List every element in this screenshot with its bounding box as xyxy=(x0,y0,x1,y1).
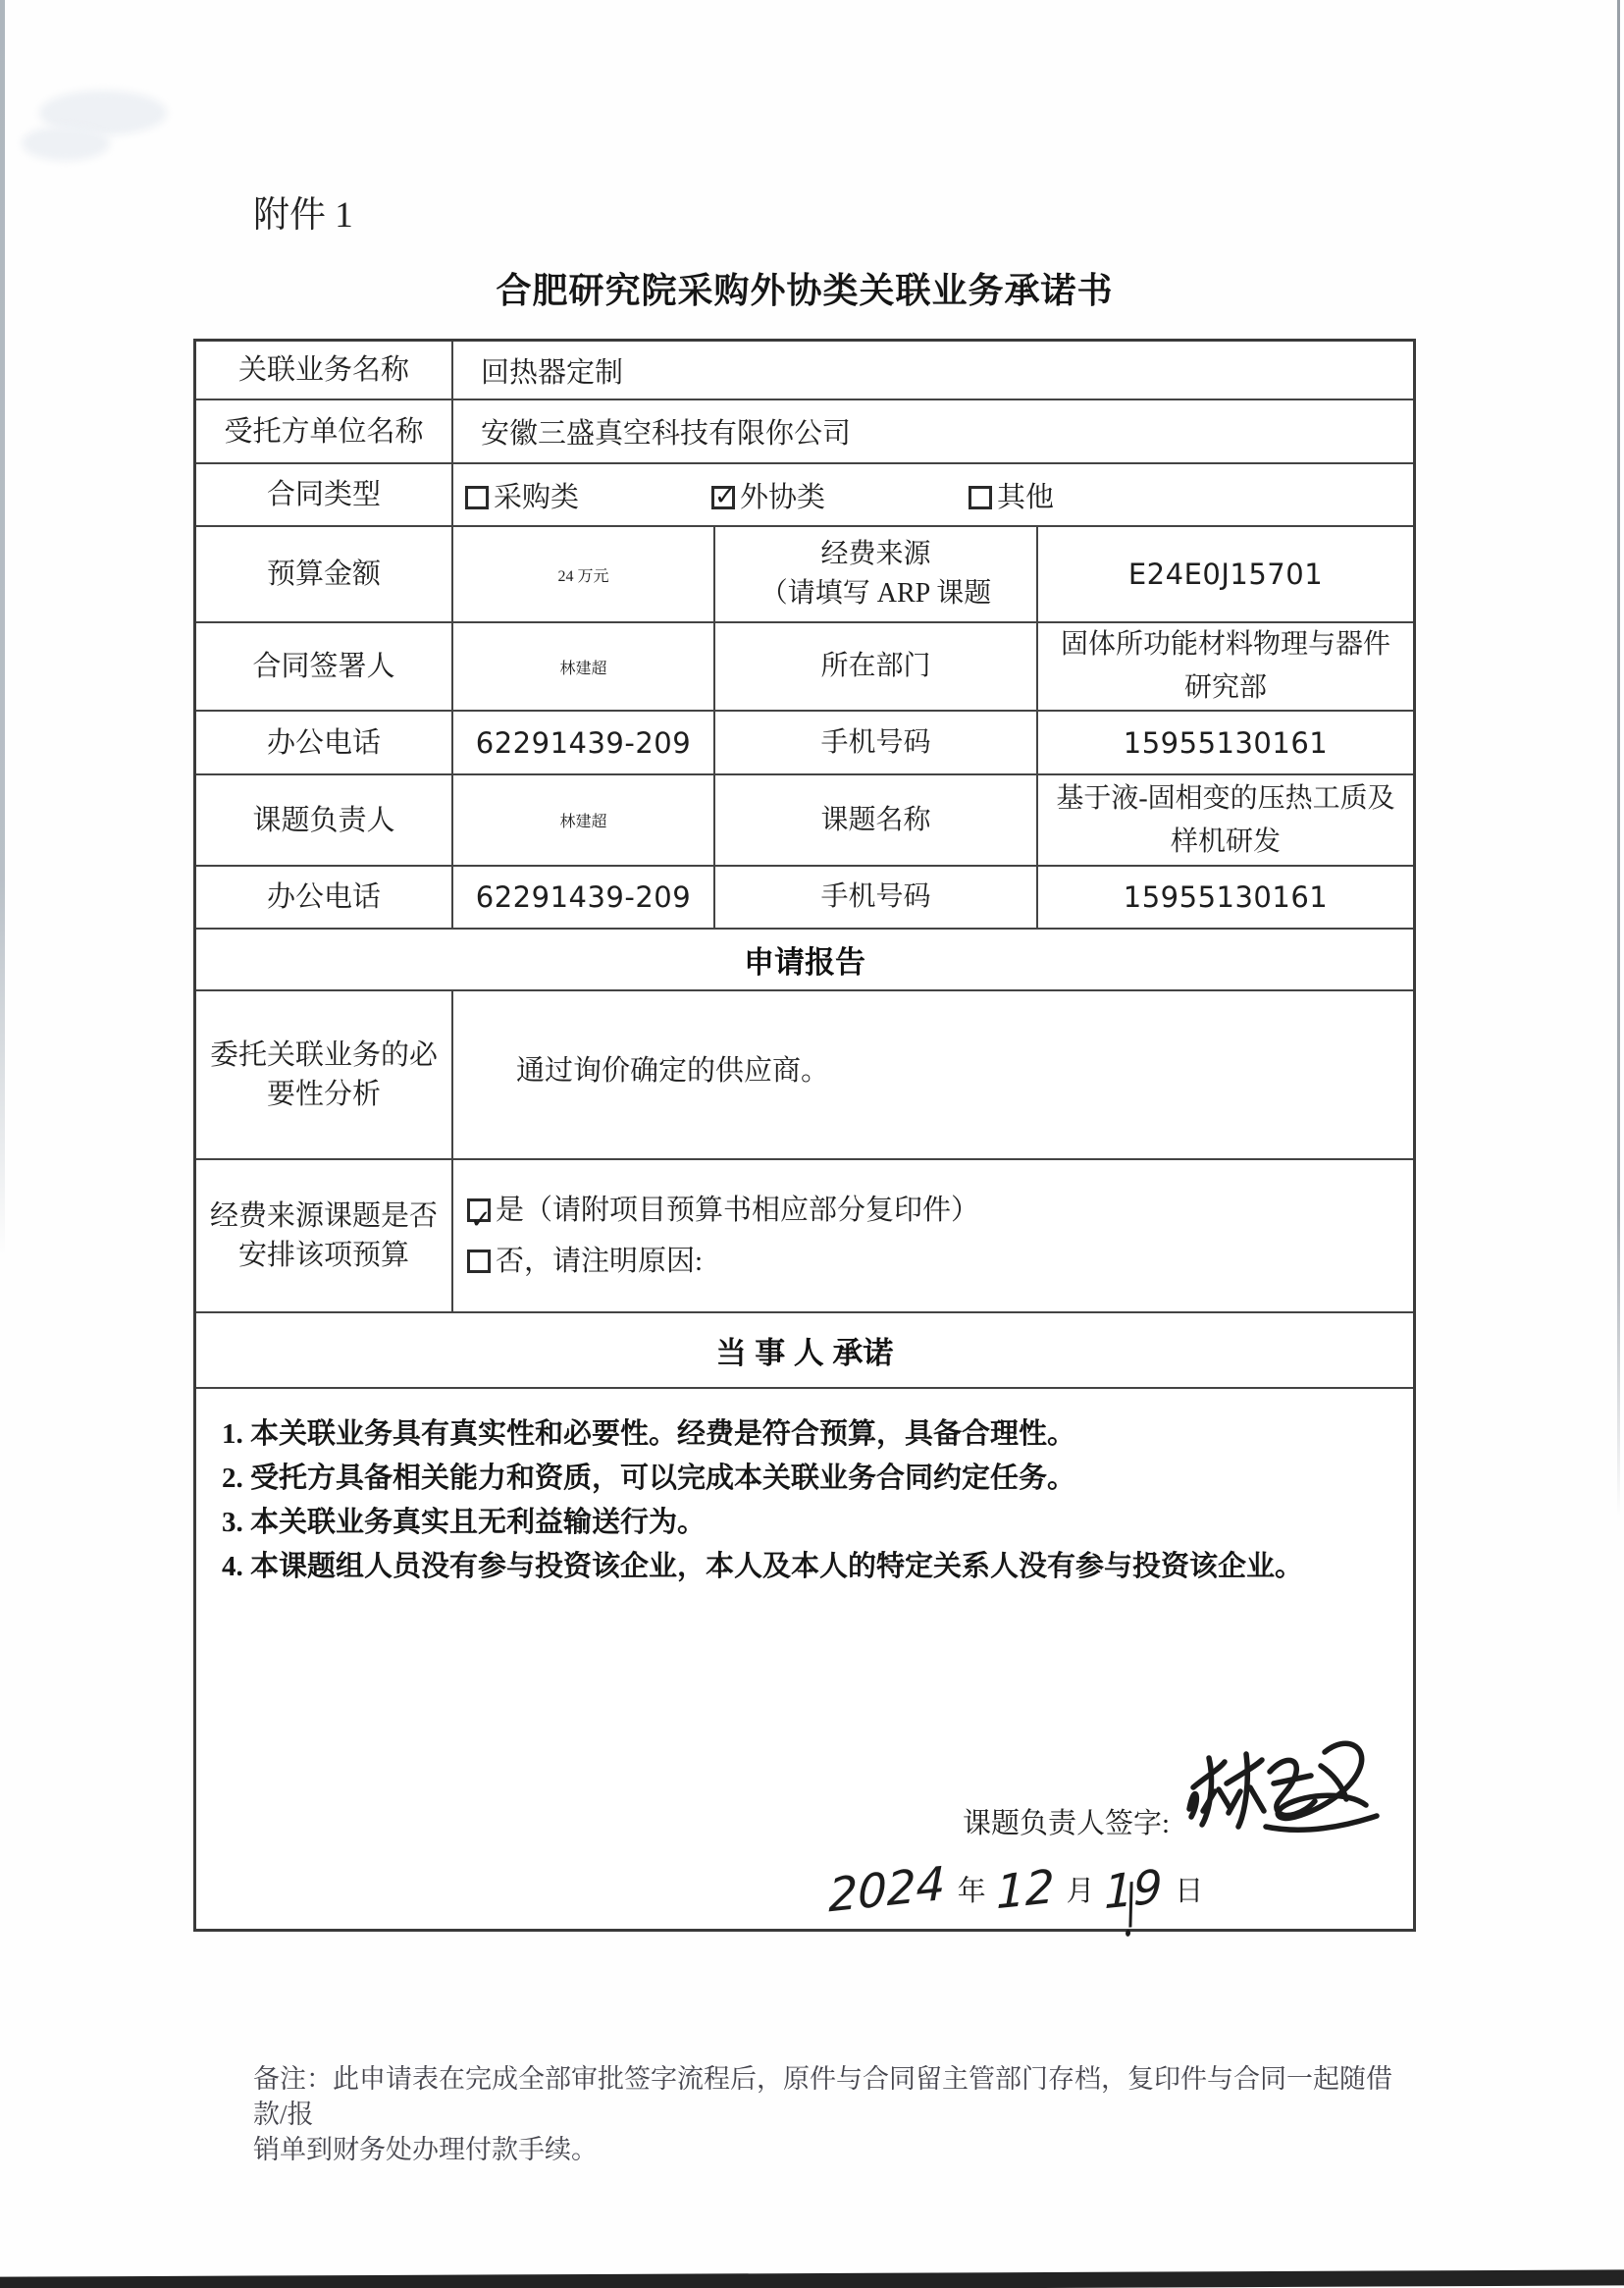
row-necessity: 委托关联业务的必 要性分析 通过询价确定的供应商。 xyxy=(196,989,1413,1158)
ink-dot xyxy=(1126,1930,1131,1938)
signature-scribble xyxy=(1176,1715,1387,1852)
option-other-label: 其他 xyxy=(997,482,1054,513)
option-purchase: 采购类 xyxy=(465,475,579,515)
budget-arranged-label: 经费来源课题是否 安排该项预算 xyxy=(196,1160,451,1311)
project-name-value: 基于液-固相变的压热工质及样机研发 xyxy=(1036,775,1413,865)
signer-value: 林建超 xyxy=(451,623,713,710)
trustee-value: 安徽三盛真空科技有限你公司 xyxy=(451,400,1413,462)
checkbox-unchecked-icon xyxy=(465,486,489,509)
necessity-label: 委托关联业务的必 要性分析 xyxy=(196,991,451,1158)
promise-item: 3. 本关联业务真实且无利益输送行为。 xyxy=(222,1501,1374,1545)
trustee-label: 受托方单位名称 xyxy=(196,400,451,462)
promise-item: 4. 本课题组人员没有参与投资该企业，本人及本人的特定关系人没有参与投资该企业。 xyxy=(222,1545,1374,1589)
page-title: 合肥研究院采购外协类关联业务承诺书 xyxy=(193,263,1416,313)
option-purchase-label: 采购类 xyxy=(494,482,579,513)
option-other: 其他 xyxy=(969,475,1054,515)
promise-item: 2. 受托方具备相关能力和资质，可以完成本关联业务合同约定任务。 xyxy=(222,1457,1374,1501)
row-budget: 预算金额 24 万元 经费来源 （请填写 ARP 课题 E24E0J15701 xyxy=(196,525,1413,621)
contract-type-label: 合同类型 xyxy=(196,464,451,525)
mobile-value: 15955130161 xyxy=(1036,712,1413,773)
promise-header: 当 事 人 承诺 xyxy=(196,1313,1413,1387)
contract-type-options: 采购类 ✓外协类 其他 xyxy=(451,464,1054,525)
handwritten-month: 12 xyxy=(996,1863,1054,1919)
scan-bottom-edge-artifact xyxy=(0,2269,1624,2288)
month-unit: 月 xyxy=(1066,1869,1094,1909)
row-office-phone-2: 办公电话 62291439-209 手机号码 15955130161 xyxy=(196,865,1413,928)
scan-right-edge-artifact xyxy=(1617,0,1620,1516)
office-phone-value: 62291439-209 xyxy=(451,712,713,773)
signature-label: 课题负责人签字: xyxy=(963,1801,1170,1841)
day-unit: 日 xyxy=(1175,1869,1203,1909)
project-name-label: 课题名称 xyxy=(713,775,1036,865)
budget-arranged-options: ✓是（请附项目预算书相应部分复印件） 否，请注明原因: xyxy=(451,1160,1413,1311)
budget-arranged-no: 否，请注明原因: xyxy=(467,1236,703,1287)
handwritten-year: 2024 xyxy=(828,1860,945,1922)
option-outsourcing: ✓外协类 xyxy=(711,475,825,515)
row-pi: 课题负责人 林建超 课题名称 基于液-固相变的压热工质及样机研发 xyxy=(196,773,1413,865)
business-name-value: 回热器定制 xyxy=(451,342,1413,399)
form-table: 关联业务名称 回热器定制 受托方单位名称 安徽三盛真空科技有限你公司 合同类型 … xyxy=(193,339,1416,1932)
office-phone-label: 办公电话 xyxy=(196,712,451,773)
promise-list: 1. 本关联业务具有真实性和必要性。经费是符合预算，具备合理性。 2. 受托方具… xyxy=(196,1389,1413,1589)
funding-source-code: E24E0J15701 xyxy=(1036,527,1413,621)
row-business-name: 关联业务名称 回热器定制 xyxy=(196,342,1413,399)
option-outsourcing-label: 外协类 xyxy=(740,482,825,513)
year-unit: 年 xyxy=(958,1869,986,1909)
handwritten-date: 2024 年 12 月 19 日 xyxy=(828,1866,1213,1915)
row-application-report-header: 申请报告 xyxy=(196,928,1413,989)
budget-label: 预算金额 xyxy=(196,527,451,621)
department-label: 所在部门 xyxy=(713,623,1036,710)
promise-item: 1. 本关联业务具有真实性和必要性。经费是符合预算，具备合理性。 xyxy=(222,1412,1374,1457)
footer-note: 备注：此申请表在完成全部审批签字流程后，原件与合同留主管部门存档，复印件与合同一… xyxy=(253,2061,1416,2167)
checkbox-unchecked-icon xyxy=(467,1250,491,1273)
checkbox-checked-icon: ✓ xyxy=(467,1198,491,1222)
application-report-header: 申请报告 xyxy=(196,930,1413,989)
attachment-label: 附件 1 xyxy=(253,185,353,238)
pi-label: 课题负责人 xyxy=(196,775,451,865)
mobile-value: 15955130161 xyxy=(1036,867,1413,928)
scanned-form-page: 附件 1 合肥研究院采购外协类关联业务承诺书 关联业务名称 回热器定制 受托方单… xyxy=(0,0,1624,2288)
row-signer: 合同签署人 林建超 所在部门 固体所功能材料物理与器件研究部 xyxy=(196,621,1413,710)
mobile-label: 手机号码 xyxy=(713,867,1036,928)
mobile-label: 手机号码 xyxy=(713,712,1036,773)
checkbox-checked-icon: ✓ xyxy=(711,486,735,509)
office-phone-label: 办公电话 xyxy=(196,867,451,928)
business-name-label: 关联业务名称 xyxy=(196,342,451,399)
row-promise-header: 当 事 人 承诺 xyxy=(196,1311,1413,1387)
scan-smudge xyxy=(22,126,110,161)
department-value: 固体所功能材料物理与器件研究部 xyxy=(1036,623,1413,710)
handwritten-day: 19 xyxy=(1105,1863,1163,1919)
budget-arranged-yes: ✓是（请附项目预算书相应部分复印件） xyxy=(467,1185,979,1236)
row-budget-arranged: 经费来源课题是否 安排该项预算 ✓是（请附项目预算书相应部分复印件） 否，请注明… xyxy=(196,1158,1413,1311)
pi-value: 林建超 xyxy=(451,775,713,865)
budget-value: 24 万元 xyxy=(451,527,713,621)
row-office-phone-1: 办公电话 62291439-209 手机号码 15955130161 xyxy=(196,710,1413,773)
necessity-value: 通过询价确定的供应商。 xyxy=(451,991,1413,1158)
funding-source-label: 经费来源 （请填写 ARP 课题 xyxy=(713,527,1036,621)
checkbox-unchecked-icon xyxy=(969,486,992,509)
signer-label: 合同签署人 xyxy=(196,623,451,710)
office-phone-value: 62291439-209 xyxy=(451,867,713,928)
row-promises: 1. 本关联业务具有真实性和必要性。经费是符合预算，具备合理性。 2. 受托方具… xyxy=(196,1387,1413,1929)
row-trustee: 受托方单位名称 安徽三盛真空科技有限你公司 xyxy=(196,399,1413,462)
scan-left-edge-artifact xyxy=(0,0,5,1256)
row-contract-type: 合同类型 采购类 ✓外协类 其他 xyxy=(196,462,1413,525)
